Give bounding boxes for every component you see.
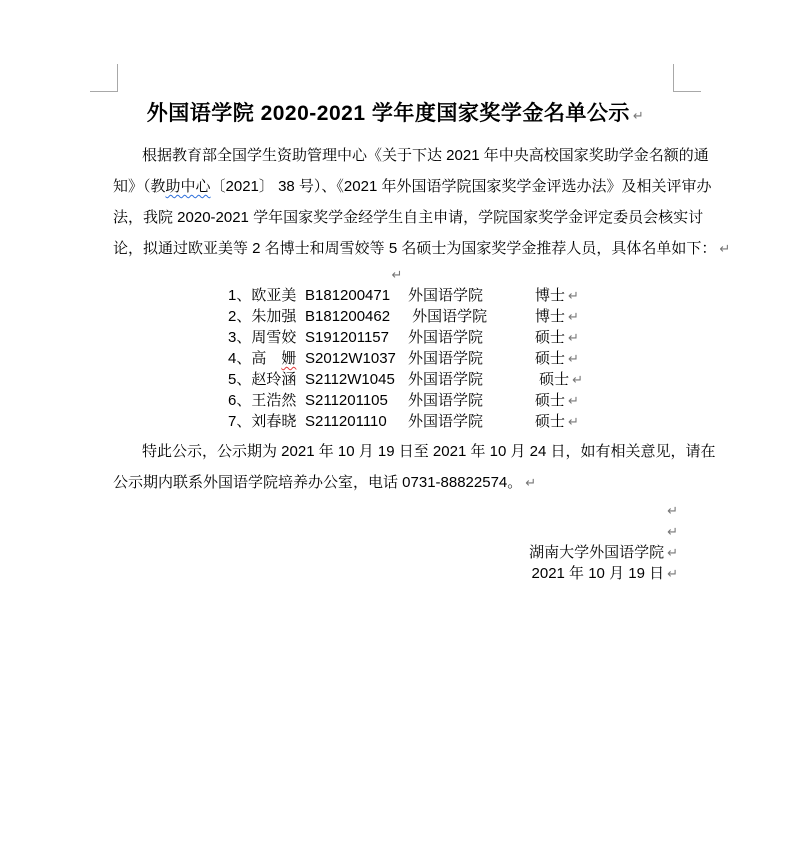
nominee-name: 6、王浩然 [228,390,305,411]
grammar-checked-text: 助中心 [166,178,211,195]
paragraph-mark-icon: ↵ [565,330,579,345]
paragraph-line: 特此公示，公示期为 2021 年 10 月 19 日至 2021 年 10 月 … [113,436,678,467]
paragraph-mark-icon: ↵ [522,475,536,490]
paragraph-mark-icon: ↵ [565,309,579,324]
degree-type: 硕士↵ [535,348,579,369]
nominee-name: 4、高 姗 [228,348,305,369]
line-text: 〔2021〕 38 号）、《2021 年外国语学院国家奖学金评选办法》及相关评审… [211,178,712,195]
signature-org: 湖南大学外国语学院 [529,544,664,561]
college-name: 外国语学院 [408,327,535,348]
degree-text: 硕士 [535,329,565,346]
intro-paragraph: 根据教育部全国学生资助管理中心《关于下达 2021 年中央高校国家奖助学金名额的… [113,140,678,264]
paragraph-mark-icon: ↵ [565,393,579,408]
text-boundary-corner-top-left-icon [90,64,118,92]
degree-type: 博士↵ [535,306,579,327]
degree-type: 硕士↵ [535,390,579,411]
nominee-name: 7、刘春晓 [228,411,305,432]
signature-org-line: 湖南大学外国语学院↵ [113,542,678,563]
paragraph-mark-icon: ↵ [565,351,579,366]
student-id: B181200471 [305,285,408,306]
degree-type: 博士↵ [535,285,579,306]
student-id: S2012W1037 [305,348,408,369]
nominee-name: 2、朱加强 [228,306,305,327]
empty-paragraph: ↵ [113,521,678,542]
document-page[interactable]: 外国语学院 2020-2021 学年度国家奖学金名单公示↵ 根据教育部全国学生资… [0,0,791,844]
signature-date-line: 2021 年 10 月 19 日↵ [113,563,678,584]
college-name: 外国语学院 [408,411,535,432]
degree-text: 博士 [535,287,565,304]
degree-text: 硕士 [535,413,565,430]
paragraph-mark-icon: ↵ [716,241,730,256]
list-item: 2、朱加强 B181200462 外国语学院 博士↵ [228,306,678,327]
signature-block: ↵ ↵ 湖南大学外国语学院↵ 2021 年 10 月 19 日↵ [113,500,678,584]
college-name: 外国语学院 [408,348,535,369]
list-item: 6、王浩然 S211201105 外国语学院 硕士↵ [228,390,678,411]
degree-type: 硕士↵ [535,411,579,432]
student-id: S2112W1045 [305,369,408,390]
college-name: 外国语学院 [408,306,535,327]
document-canvas: { "title": { "text": "外国语学院 2020-2021 学年… [0,0,791,844]
paragraph-mark-icon: ↵ [630,108,644,123]
paragraph-line: 法，我院 2020-2021 学年国家奖学金经学生自主申请，学院国家奖学金评定委… [113,202,678,233]
student-id: S191201157 [305,327,408,348]
nominee-name: 3、周雪姣 [228,327,305,348]
paragraph-line: 知》（教助中心〔2021〕 38 号）、《2021 年外国语学院国家奖学金评选办… [113,171,678,202]
degree-type: 硕士↵ [535,369,583,390]
list-item: 3、周雪姣 S191201157 外国语学院 硕士↵ [228,327,678,348]
paragraph-line: 公示期内联系外国语学院培养办公室，电话 0731-88822574。↵ [113,467,678,498]
list-item: 1、欧亚美 B181200471 外国语学院 博士↵ [228,285,678,306]
signature-date: 2021 年 10 月 19 日 [532,565,665,582]
paragraph-line: 根据教育部全国学生资助管理中心《关于下达 2021 年中央高校国家奖助学金名额的… [113,140,678,171]
college-name: 外国语学院 [408,285,535,306]
degree-text: 硕士 [535,371,569,388]
degree-text: 硕士 [535,350,565,367]
college-name: 外国语学院 [408,369,535,390]
closing-paragraph: 特此公示，公示期为 2021 年 10 月 19 日至 2021 年 10 月 … [113,436,678,498]
text-boundary-corner-top-right-icon [673,64,701,92]
nominee-name: 1、欧亚美 [228,285,305,306]
student-id: S211201110 [305,411,408,432]
degree-type: 硕士↵ [535,327,579,348]
college-name: 外国语学院 [408,390,535,411]
degree-text: 硕士 [535,392,565,409]
paragraph-mark-icon: ↵ [565,414,579,429]
paragraph-mark-icon: ↵ [569,372,583,387]
empty-paragraph: ↵ [113,500,678,521]
empty-paragraph: ↵ [113,264,678,285]
list-item: 4、高 姗 S2012W1037 外国语学院 硕士↵ [228,348,678,369]
document-title: 外国语学院 2020-2021 学年度国家奖学金名单公示↵ [113,97,678,133]
paragraph-mark-icon: ↵ [565,288,579,303]
paragraph-mark-icon: ↵ [664,503,678,518]
document-content: 外国语学院 2020-2021 学年度国家奖学金名单公示↵ 根据教育部全国学生资… [113,97,678,584]
paragraph-mark-icon: ↵ [664,545,678,560]
title-text: 外国语学院 2020-2021 学年度国家奖学金名单公示 [147,102,630,125]
student-id: S211201105 [305,390,408,411]
paragraph-line: 论，拟通过欧亚美等 2 名博士和周雪姣等 5 名硕士为国家奖学金推荐人员，具体名… [113,233,678,264]
degree-text: 博士 [535,308,565,325]
line-text: 知》（教 [113,178,166,195]
nominee-list: 1、欧亚美 B181200471 外国语学院 博士↵ 2、朱加强 B181200… [113,285,678,432]
paragraph-mark-icon: ↵ [664,566,678,581]
paragraph-mark-icon: ↵ [389,267,403,282]
nominee-name: 5、赵玲涵 [228,369,305,390]
list-item: 5、赵玲涵 S2112W1045 外国语学院 硕士↵ [228,369,678,390]
paragraph-mark-icon: ↵ [664,524,678,539]
spell-checked-text: 姗 [281,350,296,367]
line-text: 公示期内联系外国语学院培养办公室，电话 0731-88822574。 [113,474,522,491]
student-id: B181200462 [305,306,408,327]
list-item: 7、刘春晓 S211201110 外国语学院 硕士↵ [228,411,678,432]
line-text: 论，拟通过欧亚美等 2 名博士和周雪姣等 5 名硕士为国家奖学金推荐人员，具体名… [113,240,716,257]
name-text: 4、高 [228,350,281,367]
